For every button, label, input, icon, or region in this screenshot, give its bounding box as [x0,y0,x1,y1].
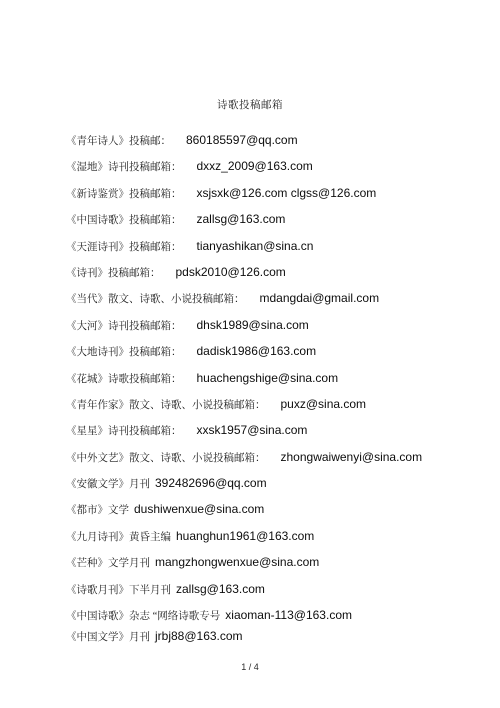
page-number: 1 / 4 [0,661,500,673]
email-address: jrbj88@163.com [155,629,243,643]
entry-row: 《大河》诗刊投稿邮箱：dhsk1989@sina.com [66,318,490,332]
entry-row: 《湿地》诗刊投稿邮箱：dxxz_2009@163.com [66,159,490,173]
entries-list: 《青年诗人》投稿邮：860185597@qq.com 《湿地》诗刊投稿邮箱：dx… [66,133,490,656]
email-address: tianyashikan@sina.cn [197,239,314,253]
journal-label: 《青年诗人》投稿邮： [66,136,171,147]
email-address: dushiwenxue@sina.com [134,502,264,516]
email-address: puxz@sina.com [281,397,367,411]
journal-label: 《诗歌月刊》下半月刊 [66,585,171,596]
entry-row: 《当代》散文、诗歌、小说投稿邮箱：mdangdai@gmail.com [66,291,490,305]
journal-label: 《中国文学》月刊 [66,632,150,643]
email-address: huanghun1961@163.com [176,529,314,543]
email-address: pdsk2010@126.com [176,265,286,279]
journal-label: 《当代》散文、诗歌、小说投稿邮箱： [66,294,245,305]
journal-label: 《大地诗刊》投稿邮箱： [66,347,182,358]
entry-row: 《都市》文学dushiwenxue@sina.com [66,502,490,516]
page-title: 诗歌投稿邮箱 [0,99,500,113]
journal-label: 《湿地》诗刊投稿邮箱： [66,162,182,173]
journal-label: 《中国诗歌》投稿邮箱： [66,215,182,226]
entry-row: 《大地诗刊》投稿邮箱：dadisk1986@163.com [66,344,490,358]
entry-row: 《天涯诗刊》投稿邮箱：tianyashikan@sina.cn [66,239,490,253]
email-address: xiaoman-113@163.com [225,608,352,622]
entry-row: 《星星》诗刊投稿邮箱：xxsk1957@sina.com [66,423,490,437]
entry-row: 《安徽文学》月刊392482696@qq.com [66,476,490,490]
email-address: dadisk1986@163.com [197,344,317,358]
email-address: 392482696@qq.com [155,476,267,490]
email-address: zallsg@163.com [176,582,265,596]
entry-row: 《诗刊》投稿邮箱：pdsk2010@126.com [66,265,490,279]
document-page: 诗歌投稿邮箱 《青年诗人》投稿邮：860185597@qq.com 《湿地》诗刊… [0,0,500,708]
email-address: xsjsxk@126.com clgss@126.com [197,186,377,200]
entry-row: 《九月诗刊》黄昏主编huanghun1961@163.com [66,529,490,543]
email-address: zhongwaiwenyi@sina.com [281,450,423,464]
entry-row: 《中国诗歌》投稿邮箱：zallsg@163.com [66,212,490,226]
entry-row: 《芒种》文学月刊mangzhongwenxue@sina.com [66,555,490,569]
email-address: 860185597@qq.com [186,133,298,147]
journal-label: 《诗刊》投稿邮箱： [66,268,161,279]
journal-label: 《青年作家》散文、诗歌、小说投稿邮箱： [66,400,266,411]
journal-label: 《九月诗刊》黄昏主编 [66,532,171,543]
entry-row: 《花城》诗歌投稿邮箱：huachengshige@sina.com [66,371,490,385]
entry-row: 《青年诗人》投稿邮：860185597@qq.com [66,133,490,147]
entry-row: 《青年作家》散文、诗歌、小说投稿邮箱：puxz@sina.com [66,397,490,411]
journal-label: 《星星》诗刊投稿邮箱： [66,426,182,437]
journal-label: 《安徽文学》月刊 [66,479,150,490]
journal-label: 《中国诗歌》杂志 “网络诗歌专号 [66,611,220,622]
journal-label: 《芒种》文学月刊 [66,558,150,569]
email-address: dhsk1989@sina.com [197,318,309,332]
email-address: dxxz_2009@163.com [197,159,313,173]
entry-row: 《新诗鉴赏》投稿邮箱：xsjsxk@126.com clgss@126.com [66,186,490,200]
entry-row: 《中国文学》月刊jrbj88@163.com [66,629,490,643]
email-address: xxsk1957@sina.com [197,423,308,437]
entry-row: 《中国诗歌》杂志 “网络诗歌专号xiaoman-113@163.com [66,608,490,622]
email-address: huachengshige@sina.com [197,371,339,385]
journal-label: 《天涯诗刊》投稿邮箱： [66,242,182,253]
entry-row: 《诗歌月刊》下半月刊zallsg@163.com [66,582,490,596]
journal-label: 《大河》诗刊投稿邮箱： [66,321,182,332]
journal-label: 《新诗鉴赏》投稿邮箱： [66,189,182,200]
email-address: mdangdai@gmail.com [260,291,380,305]
entry-row: 《中外文艺》散文、诗歌、小说投稿邮箱：zhongwaiwenyi@sina.co… [66,450,490,464]
journal-label: 《都市》文学 [66,505,129,516]
email-address: mangzhongwenxue@sina.com [155,555,319,569]
email-address: zallsg@163.com [197,212,286,226]
journal-label: 《中外文艺》散文、诗歌、小说投稿邮箱： [66,453,266,464]
journal-label: 《花城》诗歌投稿邮箱： [66,374,182,385]
